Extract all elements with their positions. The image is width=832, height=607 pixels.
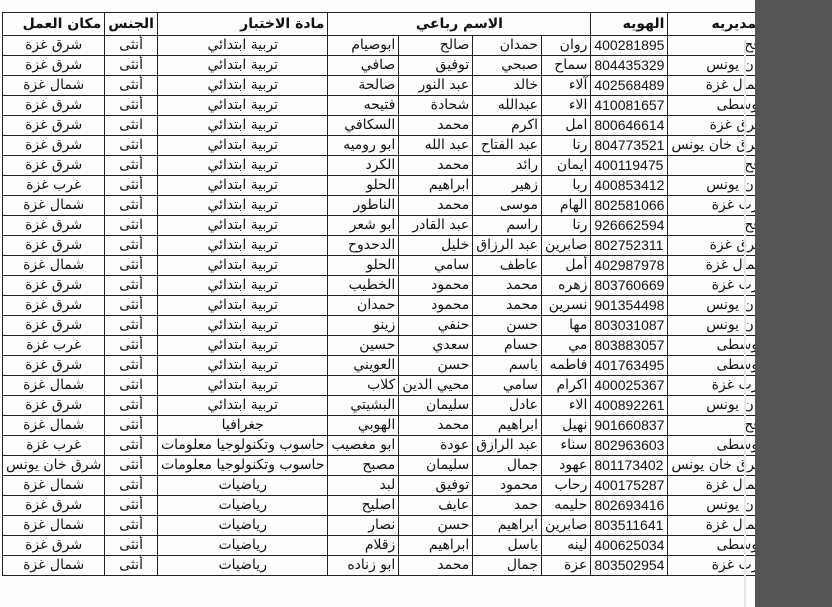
subject-cell: تربية ابتدائي bbox=[157, 376, 328, 396]
first-name-cell: أمل bbox=[542, 256, 591, 276]
table-row: 23شمال غزة400175287رحابمحمودتوفيقلبدرياض… bbox=[3, 476, 793, 496]
table-row: 7رفح400119475ايمانرائدمحمدالكردتربية ابت… bbox=[3, 156, 793, 176]
table-row: 24خان يونس802693416حليمهحمدعايفاصليحرياض… bbox=[3, 496, 793, 516]
gender-cell: انثى bbox=[105, 376, 158, 396]
subject-cell: جغرافيا bbox=[157, 416, 328, 436]
first-name-cell: الاء bbox=[542, 96, 591, 116]
first-name-cell: الهام bbox=[542, 196, 591, 216]
workplace-cell: غرب غزة bbox=[3, 436, 105, 456]
grandfather-name-cell: عبد النور bbox=[399, 76, 473, 96]
workplace-cell: شرق غزة bbox=[3, 496, 105, 516]
workplace-cell: شرق غزة bbox=[3, 96, 105, 116]
father-name-cell: جمال bbox=[473, 456, 542, 476]
table-row: 20رفح901660837نهيلابراهيممحمدالهوبيجغراف… bbox=[3, 416, 793, 436]
father-name-cell: عاطف bbox=[473, 256, 542, 276]
gender-cell: أنثى bbox=[105, 416, 158, 436]
table-body: 1رفح400281895روانحمدانصالحابوصيامتربية ا… bbox=[3, 36, 793, 576]
subject-cell: تربية ابتدائي bbox=[157, 316, 328, 336]
first-name-cell: لينه bbox=[542, 536, 591, 556]
family-name-cell: ابو شعر bbox=[328, 216, 399, 236]
first-name-cell: امل bbox=[542, 116, 591, 136]
workplace-cell: شرق غزة bbox=[3, 56, 105, 76]
table-row: 22شرق خان يونس801173402عهودجمالسليمانمصب… bbox=[3, 456, 793, 476]
grandfather-name-cell: محمود bbox=[399, 276, 473, 296]
grandfather-name-cell: محيي الدين bbox=[399, 376, 473, 396]
id-cell: 400625034 bbox=[591, 536, 668, 556]
family-name-cell: ابوصيام bbox=[328, 36, 399, 56]
family-name-cell: الدحدوح bbox=[328, 236, 399, 256]
gender-cell: أنثى bbox=[105, 76, 158, 96]
table-row: 2خان يونس804435329سماحصبحيتوفيقصافيتربية… bbox=[3, 56, 793, 76]
father-name-cell: ابراهيم bbox=[473, 416, 542, 436]
gender-cell: انثى bbox=[105, 116, 158, 136]
workplace-cell: شرق غزة bbox=[3, 136, 105, 156]
workplace-cell: شرق غزة bbox=[3, 316, 105, 336]
table-row: 13غرب غزة803760669زهرهمحمدمحمودالخطيبترب… bbox=[3, 276, 793, 296]
grandfather-name-cell: ابراهيم bbox=[399, 536, 473, 556]
id-cell: 901354498 bbox=[591, 296, 668, 316]
header-gender: الجنس bbox=[105, 13, 158, 36]
gender-cell: أنثى bbox=[105, 96, 158, 116]
first-name-cell: صابرين bbox=[542, 516, 591, 536]
workplace-cell: شمال غزة bbox=[3, 376, 105, 396]
subject-cell: تربية ابتدائي bbox=[157, 256, 328, 276]
subject-cell: رياضيات bbox=[157, 476, 328, 496]
grandfather-name-cell: سامي bbox=[399, 256, 473, 276]
table-row: 9غرب غزة802581066الهامموسىمحمدالناطورترب… bbox=[3, 196, 793, 216]
gender-cell: أنثى bbox=[105, 536, 158, 556]
subject-cell: تربية ابتدائي bbox=[157, 156, 328, 176]
subject-cell: تربية ابتدائي bbox=[157, 276, 328, 296]
first-name-cell: روان bbox=[542, 36, 591, 56]
father-name-cell: موسى bbox=[473, 196, 542, 216]
viewer-background-panel bbox=[755, 0, 832, 607]
first-name-cell: اكرام bbox=[542, 376, 591, 396]
gender-cell: أنثى bbox=[105, 356, 158, 376]
first-name-cell: عزة bbox=[542, 556, 591, 576]
father-name-cell: عبد الرازق bbox=[473, 436, 542, 456]
subject-cell: حاسوب وتكنولوجيا معلومات bbox=[157, 456, 328, 476]
grandfather-name-cell: صالح bbox=[399, 36, 473, 56]
employees-table: المديريه الهويه الاسم رباعي مادة الاختبا… bbox=[2, 12, 793, 576]
gender-cell: أنثى bbox=[105, 336, 158, 356]
gender-cell: أنثى bbox=[105, 56, 158, 76]
first-name-cell: ايمان bbox=[542, 156, 591, 176]
table-row: 19خان يونس400892261الاءعادلسليمانالبشيتي… bbox=[3, 396, 793, 416]
subject-cell: تربية ابتدائي bbox=[157, 36, 328, 56]
subject-cell: تربية ابتدائي bbox=[157, 236, 328, 256]
family-name-cell: الناطور bbox=[328, 196, 399, 216]
subject-cell: تربية ابتدائي bbox=[157, 116, 328, 136]
table-row: 11شرق غزة802752311صابرينعبد الرزاقخليلال… bbox=[3, 236, 793, 256]
family-name-cell: لبد bbox=[328, 476, 399, 496]
family-name-cell: صالحة bbox=[328, 76, 399, 96]
grandfather-name-cell: عايف bbox=[399, 496, 473, 516]
workplace-cell: غرب غزة bbox=[3, 336, 105, 356]
family-name-cell: كلاب bbox=[328, 376, 399, 396]
id-cell: 800646614 bbox=[591, 116, 668, 136]
workplace-cell: شرق غزة bbox=[3, 536, 105, 556]
father-name-cell: عبد الفتاح bbox=[473, 136, 542, 156]
gender-cell: أنثى bbox=[105, 276, 158, 296]
father-name-cell: باسل bbox=[473, 536, 542, 556]
workplace-cell: شرق غزة bbox=[3, 276, 105, 296]
family-name-cell: الهوبي bbox=[328, 416, 399, 436]
father-name-cell: حسام bbox=[473, 336, 542, 356]
grandfather-name-cell: محمد bbox=[399, 556, 473, 576]
id-cell: 400119475 bbox=[591, 156, 668, 176]
id-cell: 803031087 bbox=[591, 316, 668, 336]
grandfather-name-cell: حنفي bbox=[399, 316, 473, 336]
header-workplace: مكان العمل bbox=[3, 13, 105, 36]
gender-cell: أنثى bbox=[105, 176, 158, 196]
id-cell: 410081657 bbox=[591, 96, 668, 116]
scanned-document-page: المديريه الهويه الاسم رباعي مادة الاختبا… bbox=[0, 0, 755, 607]
workplace-cell: شرق غزة bbox=[3, 156, 105, 176]
grandfather-name-cell: عبد الله bbox=[399, 136, 473, 156]
workplace-cell: شرق غزة bbox=[3, 356, 105, 376]
father-name-cell: سامي bbox=[473, 376, 542, 396]
subject-cell: تربية ابتدائي bbox=[157, 396, 328, 416]
father-name-cell: محمد bbox=[473, 296, 542, 316]
id-cell: 402987978 bbox=[591, 256, 668, 276]
father-name-cell: محمود bbox=[473, 476, 542, 496]
subject-cell: تربية ابتدائي bbox=[157, 136, 328, 156]
table-row: 14خان يونس901354498نسرينمحمدمحمودحمدانتر… bbox=[3, 296, 793, 316]
workplace-cell: شرق غزة bbox=[3, 116, 105, 136]
grandfather-name-cell: توفيق bbox=[399, 476, 473, 496]
grandfather-name-cell: حسن bbox=[399, 516, 473, 536]
first-name-cell: ربا bbox=[542, 176, 591, 196]
subject-cell: تربية ابتدائي bbox=[157, 96, 328, 116]
family-name-cell: مصبح bbox=[328, 456, 399, 476]
id-cell: 803883057 bbox=[591, 336, 668, 356]
first-name-cell: سناء bbox=[542, 436, 591, 456]
first-name-cell: نسرين bbox=[542, 296, 591, 316]
family-name-cell: ابو مغصيب bbox=[328, 436, 399, 456]
table-row: 4الوسطى410081657الاءعبداللهشحادةفتيحهترب… bbox=[3, 96, 793, 116]
page-edge-line bbox=[744, 40, 746, 607]
workplace-cell: شرق خان يونس bbox=[3, 456, 105, 476]
grandfather-name-cell: خليل bbox=[399, 236, 473, 256]
family-name-cell: الكرد bbox=[328, 156, 399, 176]
family-name-cell: صافي bbox=[328, 56, 399, 76]
id-cell: 400025367 bbox=[591, 376, 668, 396]
gender-cell: أنثى bbox=[105, 256, 158, 276]
gender-cell: أنثى bbox=[105, 156, 158, 176]
header-id: الهويه bbox=[591, 13, 668, 36]
id-cell: 801173402 bbox=[591, 456, 668, 476]
subject-cell: تربية ابتدائي bbox=[157, 56, 328, 76]
workplace-cell: شمال غزة bbox=[3, 416, 105, 436]
father-name-cell: اكرم bbox=[473, 116, 542, 136]
id-cell: 803511641 bbox=[591, 516, 668, 536]
subject-cell: رياضيات bbox=[157, 496, 328, 516]
family-name-cell: زينو bbox=[328, 316, 399, 336]
subject-cell: تربية ابتدائي bbox=[157, 216, 328, 236]
grandfather-name-cell: شحادة bbox=[399, 96, 473, 116]
table-row: 21الوسطى802963603سناءعبد الرازقعودةابو م… bbox=[3, 436, 793, 456]
first-name-cell: حليمه bbox=[542, 496, 591, 516]
father-name-cell: ابراهيم bbox=[473, 516, 542, 536]
grandfather-name-cell: سعدي bbox=[399, 336, 473, 356]
gender-cell: أنثى bbox=[105, 476, 158, 496]
first-name-cell: سماح bbox=[542, 56, 591, 76]
first-name-cell: نهيل bbox=[542, 416, 591, 436]
first-name-cell: آلاء bbox=[542, 76, 591, 96]
id-cell: 926662594 bbox=[591, 216, 668, 236]
family-name-cell: الحلو bbox=[328, 256, 399, 276]
subject-cell: رياضيات bbox=[157, 516, 328, 536]
table-row: 27غرب غزة803502954عزةجمالمحمدابو زنادهري… bbox=[3, 556, 793, 576]
grandfather-name-cell: محمد bbox=[399, 116, 473, 136]
subject-cell: تربية ابتدائي bbox=[157, 196, 328, 216]
workplace-cell: شرق غزة bbox=[3, 36, 105, 56]
gender-cell: أنثى bbox=[105, 396, 158, 416]
father-name-cell: حمد bbox=[473, 496, 542, 516]
id-cell: 400175287 bbox=[591, 476, 668, 496]
id-cell: 802963603 bbox=[591, 436, 668, 456]
workplace-cell: شرق غزة bbox=[3, 396, 105, 416]
father-name-cell: صبحي bbox=[473, 56, 542, 76]
family-name-cell: اصليح bbox=[328, 496, 399, 516]
workplace-cell: غرب غزة bbox=[3, 176, 105, 196]
family-name-cell: حسين bbox=[328, 336, 399, 356]
subject-cell: حاسوب وتكنولوجيا معلومات bbox=[157, 436, 328, 456]
id-cell: 804435329 bbox=[591, 56, 668, 76]
grandfather-name-cell: ابراهيم bbox=[399, 176, 473, 196]
gender-cell: أنثى bbox=[105, 316, 158, 336]
id-cell: 901660837 bbox=[591, 416, 668, 436]
gender-cell: أنثى bbox=[105, 436, 158, 456]
grandfather-name-cell: عودة bbox=[399, 436, 473, 456]
subject-cell: تربية ابتدائي bbox=[157, 356, 328, 376]
subject-cell: تربية ابتدائي bbox=[157, 176, 328, 196]
table-row: 3شمال غزة402568489آلاءخالدعبد النورصالحة… bbox=[3, 76, 793, 96]
first-name-cell: الاء bbox=[542, 396, 591, 416]
first-name-cell: رنا bbox=[542, 136, 591, 156]
grandfather-name-cell: محمد bbox=[399, 416, 473, 436]
subject-cell: تربية ابتدائي bbox=[157, 296, 328, 316]
workplace-cell: شرق غزة bbox=[3, 296, 105, 316]
grandfather-name-cell: سليمان bbox=[399, 456, 473, 476]
family-name-cell: حمدان bbox=[328, 296, 399, 316]
father-name-cell: باسم bbox=[473, 356, 542, 376]
family-name-cell: السكافي bbox=[328, 116, 399, 136]
table-row: 15خان يونس803031087مهاحسنحنفيزينوتربية ا… bbox=[3, 316, 793, 336]
grandfather-name-cell: سليمان bbox=[399, 396, 473, 416]
grandfather-name-cell: محمد bbox=[399, 156, 473, 176]
table-row: 16الوسطى803883057ميحسامسعديحسينتربية ابت… bbox=[3, 336, 793, 356]
workplace-cell: شمال غزة bbox=[3, 556, 105, 576]
gender-cell: أنثى bbox=[105, 296, 158, 316]
father-name-cell: حمدان bbox=[473, 36, 542, 56]
gender-cell: انثى bbox=[105, 216, 158, 236]
gender-cell: انثى bbox=[105, 136, 158, 156]
gender-cell: أنثى bbox=[105, 236, 158, 256]
father-name-cell: راسم bbox=[473, 216, 542, 236]
table-row: 10رفح926662594رناراسمعبد القادرابو شعرتر… bbox=[3, 216, 793, 236]
table-row: 5شرق غزة800646614املاكرممحمدالسكافيتربية… bbox=[3, 116, 793, 136]
gender-cell: أنثى bbox=[105, 196, 158, 216]
subject-cell: تربية ابتدائي bbox=[157, 336, 328, 356]
header-subject: مادة الاختبار bbox=[157, 13, 328, 36]
first-name-cell: صابرين bbox=[542, 236, 591, 256]
grandfather-name-cell: حسن bbox=[399, 356, 473, 376]
family-name-cell: البشيتي bbox=[328, 396, 399, 416]
table-row: 8خان يونس400853412ربازهيرابراهيمالحلوترب… bbox=[3, 176, 793, 196]
id-cell: 803760669 bbox=[591, 276, 668, 296]
gender-cell: أنثى bbox=[105, 496, 158, 516]
first-name-cell: عهود bbox=[542, 456, 591, 476]
id-cell: 803502954 bbox=[591, 556, 668, 576]
first-name-cell: مها bbox=[542, 316, 591, 336]
first-name-cell: مي bbox=[542, 336, 591, 356]
grandfather-name-cell: محمد bbox=[399, 196, 473, 216]
family-name-cell: ابو روميه bbox=[328, 136, 399, 156]
workplace-cell: شمال غزة bbox=[3, 476, 105, 496]
family-name-cell: الحلو bbox=[328, 176, 399, 196]
table-row: 17الوسطى401763495فاطمهباسمحسنالعوينيتربي… bbox=[3, 356, 793, 376]
gender-cell: أنثى bbox=[105, 556, 158, 576]
workplace-cell: شمال غزة bbox=[3, 196, 105, 216]
workplace-cell: شمال غزة bbox=[3, 516, 105, 536]
first-name-cell: رحاب bbox=[542, 476, 591, 496]
family-name-cell: نصار bbox=[328, 516, 399, 536]
subject-cell: رياضيات bbox=[157, 556, 328, 576]
father-name-cell: عادل bbox=[473, 396, 542, 416]
table-row: 18غرب غزة400025367اكرامساميمحيي الدينكلا… bbox=[3, 376, 793, 396]
family-name-cell: الخطيب bbox=[328, 276, 399, 296]
table-row: 25شمال غزة803511641صابرينابراهيمحسننصارر… bbox=[3, 516, 793, 536]
family-name-cell: زقلام bbox=[328, 536, 399, 556]
gender-cell: أنثى bbox=[105, 516, 158, 536]
father-name-cell: رائد bbox=[473, 156, 542, 176]
id-cell: 802693416 bbox=[591, 496, 668, 516]
id-cell: 401763495 bbox=[591, 356, 668, 376]
grandfather-name-cell: توفيق bbox=[399, 56, 473, 76]
father-name-cell: حسن bbox=[473, 316, 542, 336]
workplace-cell: شمال غزة bbox=[3, 76, 105, 96]
header-row: المديريه الهويه الاسم رباعي مادة الاختبا… bbox=[3, 13, 793, 36]
father-name-cell: زهير bbox=[473, 176, 542, 196]
father-name-cell: عبد الرزاق bbox=[473, 236, 542, 256]
id-cell: 402568489 bbox=[591, 76, 668, 96]
subject-cell: رياضيات bbox=[157, 536, 328, 556]
first-name-cell: رنا bbox=[542, 216, 591, 236]
grandfather-name-cell: عبد القادر bbox=[399, 216, 473, 236]
id-cell: 802752311 bbox=[591, 236, 668, 256]
table-row: 1رفح400281895روانحمدانصالحابوصيامتربية ا… bbox=[3, 36, 793, 56]
gender-cell: أنثى bbox=[105, 456, 158, 476]
subject-cell: تربية ابتدائي bbox=[157, 76, 328, 96]
id-cell: 400892261 bbox=[591, 396, 668, 416]
id-cell: 804773521 bbox=[591, 136, 668, 156]
gender-cell: أنثى bbox=[105, 36, 158, 56]
workplace-cell: شرق غزة bbox=[3, 236, 105, 256]
header-full-name: الاسم رباعي bbox=[328, 13, 591, 36]
family-name-cell: ابو زناده bbox=[328, 556, 399, 576]
father-name-cell: عبدالله bbox=[473, 96, 542, 116]
id-cell: 802581066 bbox=[591, 196, 668, 216]
first-name-cell: فاطمه bbox=[542, 356, 591, 376]
father-name-cell: خالد bbox=[473, 76, 542, 96]
table-row: 12شمال غزة402987978أملعاطفساميالحلوتربية… bbox=[3, 256, 793, 276]
table-row: 6شرق خان يونس804773521رناعبد الفتاحعبد ا… bbox=[3, 136, 793, 156]
id-cell: 400853412 bbox=[591, 176, 668, 196]
grandfather-name-cell: محمود bbox=[399, 296, 473, 316]
family-name-cell: العويني bbox=[328, 356, 399, 376]
table-row: 26الوسطى400625034لينهباسلابراهيمزقلامريا… bbox=[3, 536, 793, 556]
father-name-cell: جمال bbox=[473, 556, 542, 576]
id-cell: 400281895 bbox=[591, 36, 668, 56]
father-name-cell: محمد bbox=[473, 276, 542, 296]
workplace-cell: شرق غزة bbox=[3, 216, 105, 236]
first-name-cell: زهره bbox=[542, 276, 591, 296]
family-name-cell: فتيحه bbox=[328, 96, 399, 116]
workplace-cell: شمال غزة bbox=[3, 256, 105, 276]
